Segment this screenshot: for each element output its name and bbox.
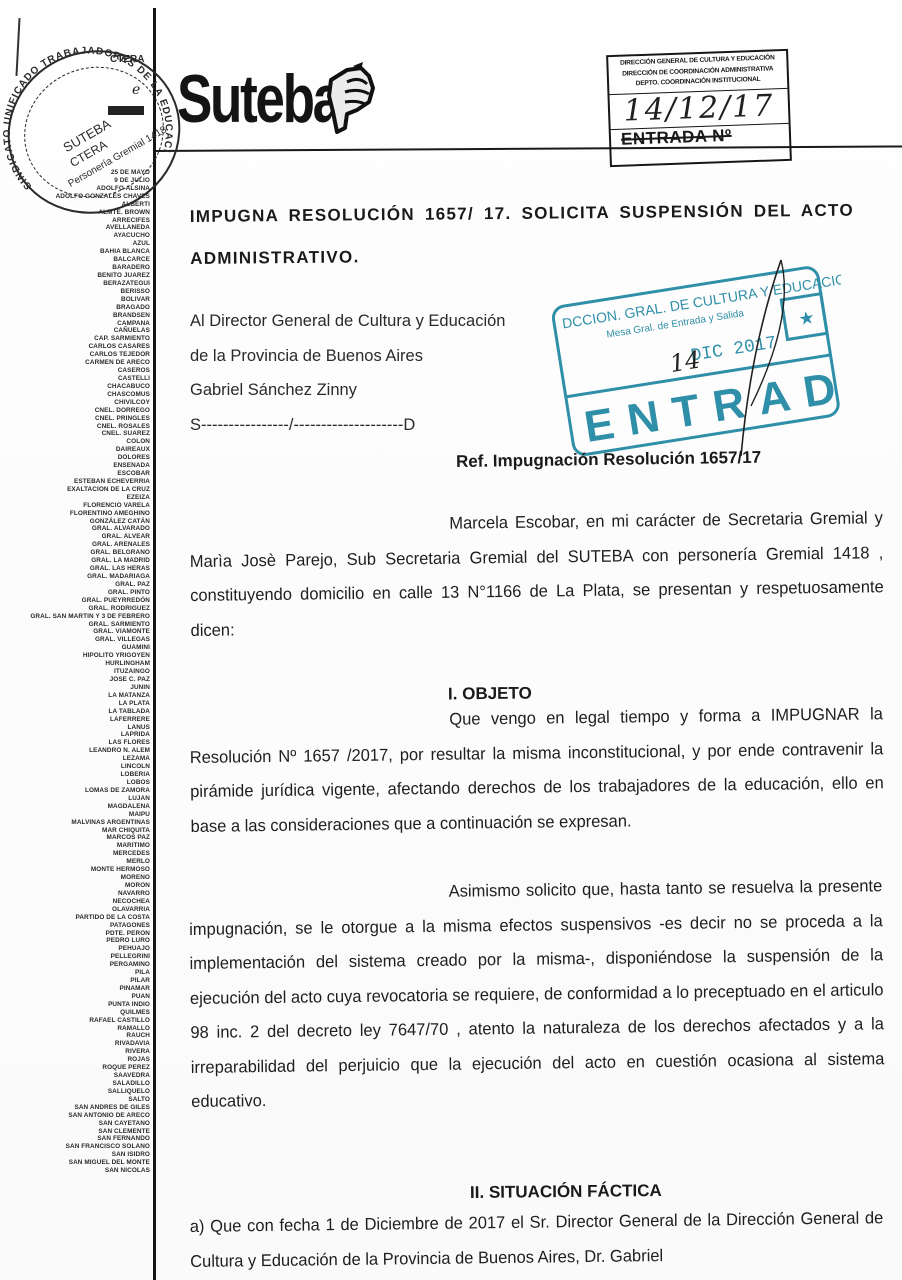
municipality-item: CNEL. PRINGLES: [0, 415, 150, 423]
municipality-item: CARMEN DE ARECO: [0, 359, 150, 367]
municipality-item: LEANDRO N. ALEM: [0, 747, 150, 755]
municipality-item: BRANDSEN: [0, 312, 150, 320]
municipality-item: LUJAN: [0, 795, 150, 803]
municipality-item: GRAL. ARENALES: [0, 541, 150, 549]
municipality-item: GRAL. PUEYRREDÓN: [0, 597, 150, 605]
municipality-item: MARCOS PAZ: [0, 834, 150, 842]
municipality-item: GRAL. PAZ: [0, 581, 150, 589]
municipality-item: MERLO: [0, 858, 150, 866]
municipality-item: PILAR: [0, 977, 150, 985]
municipality-item: LA MATANZA: [0, 692, 150, 700]
municipality-item: SAN ANTONIO DE ARECO: [0, 1112, 150, 1120]
municipality-item: SALTO: [0, 1096, 150, 1104]
municipality-item: GRAL. RODRIGUEZ: [0, 605, 150, 613]
objeto-paragraph-1: Que vengo en legal tiempo y forma a IMPU…: [189, 697, 884, 844]
municipality-item: GONZÁLEZ CATÁN: [0, 518, 150, 526]
municipality-item: LOBOS: [0, 779, 150, 787]
municipality-item: BARADERO: [0, 264, 150, 272]
reception-stamp: DIRECCIÓN GENERAL DE CULTURA Y EDUCACIÓN…: [606, 49, 792, 167]
municipality-item: PUNTA INDIO: [0, 1001, 150, 1009]
municipality-item: QUILMES: [0, 1009, 150, 1017]
municipality-item: ALMTE. BROWN: [0, 209, 150, 217]
municipality-item: CARLOS TEJEDOR: [0, 351, 150, 359]
municipality-item: DOLORES: [0, 454, 150, 462]
municipality-item: PINAMAR: [0, 985, 150, 993]
municipality-item: CNEL. DORREGO: [0, 407, 150, 415]
municipality-item: MARITIMO: [0, 842, 150, 850]
logo-text: Suteba: [177, 70, 340, 128]
intro-paragraph: Marcela Escobar, en mi carácter de Secre…: [189, 501, 884, 648]
municipality-item: OLAVARRIA: [0, 906, 150, 914]
situacion-paragraph-a: a) Que con fecha 1 de Diciembre de 2017 …: [190, 1201, 884, 1279]
municipality-item: FLORENCIO VARELA: [0, 502, 150, 510]
municipality-list: 25 DE MAYO9 DE JULIOADOLFO ALSINAADOLFO …: [0, 169, 150, 1175]
municipality-item: JUNIN: [0, 684, 150, 692]
municipality-item: RAMALLO: [0, 1025, 150, 1033]
municipality-item: JOSE C. PAZ: [0, 676, 150, 684]
municipality-item: BALCARCE: [0, 256, 150, 264]
municipality-item: ITUZAINGO: [0, 668, 150, 676]
municipality-item: ROJAS: [0, 1056, 150, 1064]
municipality-item: LA TABLADA: [0, 708, 150, 716]
municipality-item: ESTEBAN ECHEVERRIA: [0, 478, 150, 486]
municipality-item: CAP. SARMIENTO: [0, 335, 150, 343]
municipality-item: EZEIZA: [0, 494, 150, 502]
municipality-item: BOLIVAR: [0, 296, 150, 304]
municipality-item: ESCOBAR: [0, 470, 150, 478]
municipality-item: GRAL. ALVEAR: [0, 533, 150, 541]
municipality-item: LA PLATA: [0, 700, 150, 708]
municipality-item: MERCEDES: [0, 850, 150, 858]
municipality-item: BAHIA BLANCA: [0, 248, 150, 256]
municipality-item: MAGDALENA: [0, 803, 150, 811]
municipality-item: LOBERIA: [0, 771, 150, 779]
municipality-item: SALADILLO: [0, 1080, 150, 1088]
municipality-item: LEZAMA: [0, 755, 150, 763]
municipality-item: EXALTACION DE LA CRUZ: [0, 486, 150, 494]
municipality-item: ARRECIFES: [0, 217, 150, 225]
province-map-icon: [325, 62, 377, 134]
seal-badge: CTERA: [110, 54, 144, 65]
municipality-item: BERAZATEGUI: [0, 280, 150, 288]
municipality-item: PATAGONES: [0, 922, 150, 930]
municipality-item: 25 DE MAYO: [0, 169, 150, 177]
municipality-item: CNEL. SUAREZ: [0, 430, 150, 438]
municipality-item: FLORENTINO AMEGHINO: [0, 510, 150, 518]
suteba-logo: Suteba: [177, 70, 386, 128]
municipality-item: SAN CLEMENTE: [0, 1128, 150, 1136]
municipality-item: GRAL. ALVARADO: [0, 525, 150, 533]
municipality-item: LANUS: [0, 724, 150, 732]
municipality-item: PEDRO LURO: [0, 937, 150, 945]
municipality-item: ROQUE PEREZ: [0, 1064, 150, 1072]
municipality-item: LAFERRERE: [0, 716, 150, 724]
municipality-item: CHACABUCO: [0, 383, 150, 391]
svg-text:e: e: [132, 82, 140, 98]
municipality-item: CHASCOMUS: [0, 391, 150, 399]
municipality-item: ENSENADA: [0, 462, 150, 470]
municipality-item: SAN ANDRES DE GILES: [0, 1104, 150, 1112]
section-heading-situacion: II. SITUACIÓN FÁCTICA: [470, 1181, 662, 1203]
municipality-item: GRAL. LAS HERAS: [0, 565, 150, 573]
municipality-item: GRAL. PINTO: [0, 589, 150, 597]
municipality-item: BRAGADO: [0, 304, 150, 312]
municipality-item: DAIREAUX: [0, 446, 150, 454]
municipality-item: HURLINGHAM: [0, 660, 150, 668]
municipality-item: COLON: [0, 438, 150, 446]
municipality-item: RIVERA: [0, 1048, 150, 1056]
municipality-item: SAN FRANCISCO SOLANO: [0, 1143, 150, 1151]
entry-stamp-date: DIC 2017: [689, 333, 777, 366]
municipality-item: CAÑUELAS: [0, 327, 150, 335]
municipality-item: HIPOLITO YRIGOYEN: [0, 652, 150, 660]
municipality-item: CHIVILCOY: [0, 399, 150, 407]
municipality-item: SAN NICOLAS: [0, 1167, 150, 1175]
stamp-handwritten-date: 14/12/17: [609, 88, 788, 128]
municipality-item: GRAL. VILLEGAS: [0, 636, 150, 644]
municipality-item: SALLIQUELO: [0, 1088, 150, 1096]
municipality-item: ADOLFO GONZALES CHAVES: [0, 193, 150, 201]
municipality-item: RIVADAVIA: [0, 1040, 150, 1048]
municipality-item: GUAMINI: [0, 644, 150, 652]
municipality-item: CNEL. ROSALES: [0, 423, 150, 431]
municipality-item: RAUCH: [0, 1032, 150, 1040]
municipality-item: MONTE HERMOSO: [0, 866, 150, 874]
municipality-item: MORENO: [0, 874, 150, 882]
municipality-item: SAN FERNANDO: [0, 1135, 150, 1143]
municipality-item: PEHUAJO: [0, 945, 150, 953]
municipality-item: PDTE. PERON: [0, 930, 150, 938]
entry-stamp-handwritten-day: 14: [668, 346, 703, 378]
municipality-item: LAS FLORES: [0, 739, 150, 747]
municipality-item: PELLEGRINI: [0, 953, 150, 961]
municipality-item: MAIPU: [0, 811, 150, 819]
municipality-item: PILA: [0, 969, 150, 977]
municipality-item: ALBERTI: [0, 201, 150, 209]
entry-stamp: DCCION. GRAL. DE CULTURA Y EDUCACION Mes…: [551, 256, 841, 456]
municipality-item: GRAL. SARMIENTO: [0, 621, 150, 629]
municipality-item: MALVINAS ARGENTINAS: [0, 819, 150, 827]
municipality-item: RAFAEL CASTILLO: [0, 1017, 150, 1025]
municipality-item: CASTELLI: [0, 375, 150, 383]
municipality-item: SAN ISIDRO: [0, 1151, 150, 1159]
municipality-item: LOMAS DE ZAMORA: [0, 787, 150, 795]
municipality-item: LINCOLN: [0, 763, 150, 771]
municipality-item: MAR CHIQUITA: [0, 827, 150, 835]
municipality-item: PUAN: [0, 993, 150, 1001]
municipality-item: GRAL. MADARIAGA: [0, 573, 150, 581]
municipality-item: LAPRIDA: [0, 731, 150, 739]
municipality-item: SAAVEDRA: [0, 1072, 150, 1080]
municipality-item: GRAL. BELGRANO: [0, 549, 150, 557]
municipality-item: CARLOS CASARES: [0, 343, 150, 351]
municipality-item: PERGAMINO: [0, 961, 150, 969]
municipality-item: 9 DE JULIO: [0, 177, 150, 185]
objeto-paragraph-2: Asimismo solicito que, hasta tanto se re…: [189, 869, 885, 1119]
municipality-item: AZUL: [0, 240, 150, 248]
municipality-item: AYACUCHO: [0, 232, 150, 240]
municipality-item: AVELLANEDA: [0, 224, 150, 232]
svg-text:★: ★: [797, 307, 816, 329]
municipality-item: MORON: [0, 882, 150, 890]
municipality-item: ADOLFO ALSINA: [0, 185, 150, 193]
municipality-item: GRAL. LA MADRID: [0, 557, 150, 565]
municipality-item: SAN MIGUEL DEL MONTE: [0, 1159, 150, 1167]
municipality-item: BENITO JUAREZ: [0, 272, 150, 280]
document-page: SINDICATO UNIFICADO TRABAJADORES DE LA E…: [0, 0, 902, 1280]
reference-line: Ref. Impugnación Resolución 1657/17: [456, 448, 761, 472]
municipality-item: BERISSO: [0, 288, 150, 296]
municipality-item: PARTIDO DE LA COSTA: [0, 914, 150, 922]
municipality-item: SAN CAYETANO: [0, 1120, 150, 1128]
municipality-item: CASEROS: [0, 367, 150, 375]
municipality-item: GRAL. VIAMONTE: [0, 628, 150, 636]
municipality-item: NAVARRO: [0, 890, 150, 898]
municipality-item: GRAL. SAN MARTIN Y 3 DE FEBRERO: [0, 613, 150, 621]
entry-stamp-big-label: ENTRADA: [581, 355, 841, 452]
municipality-item: NECOCHEA: [0, 898, 150, 906]
